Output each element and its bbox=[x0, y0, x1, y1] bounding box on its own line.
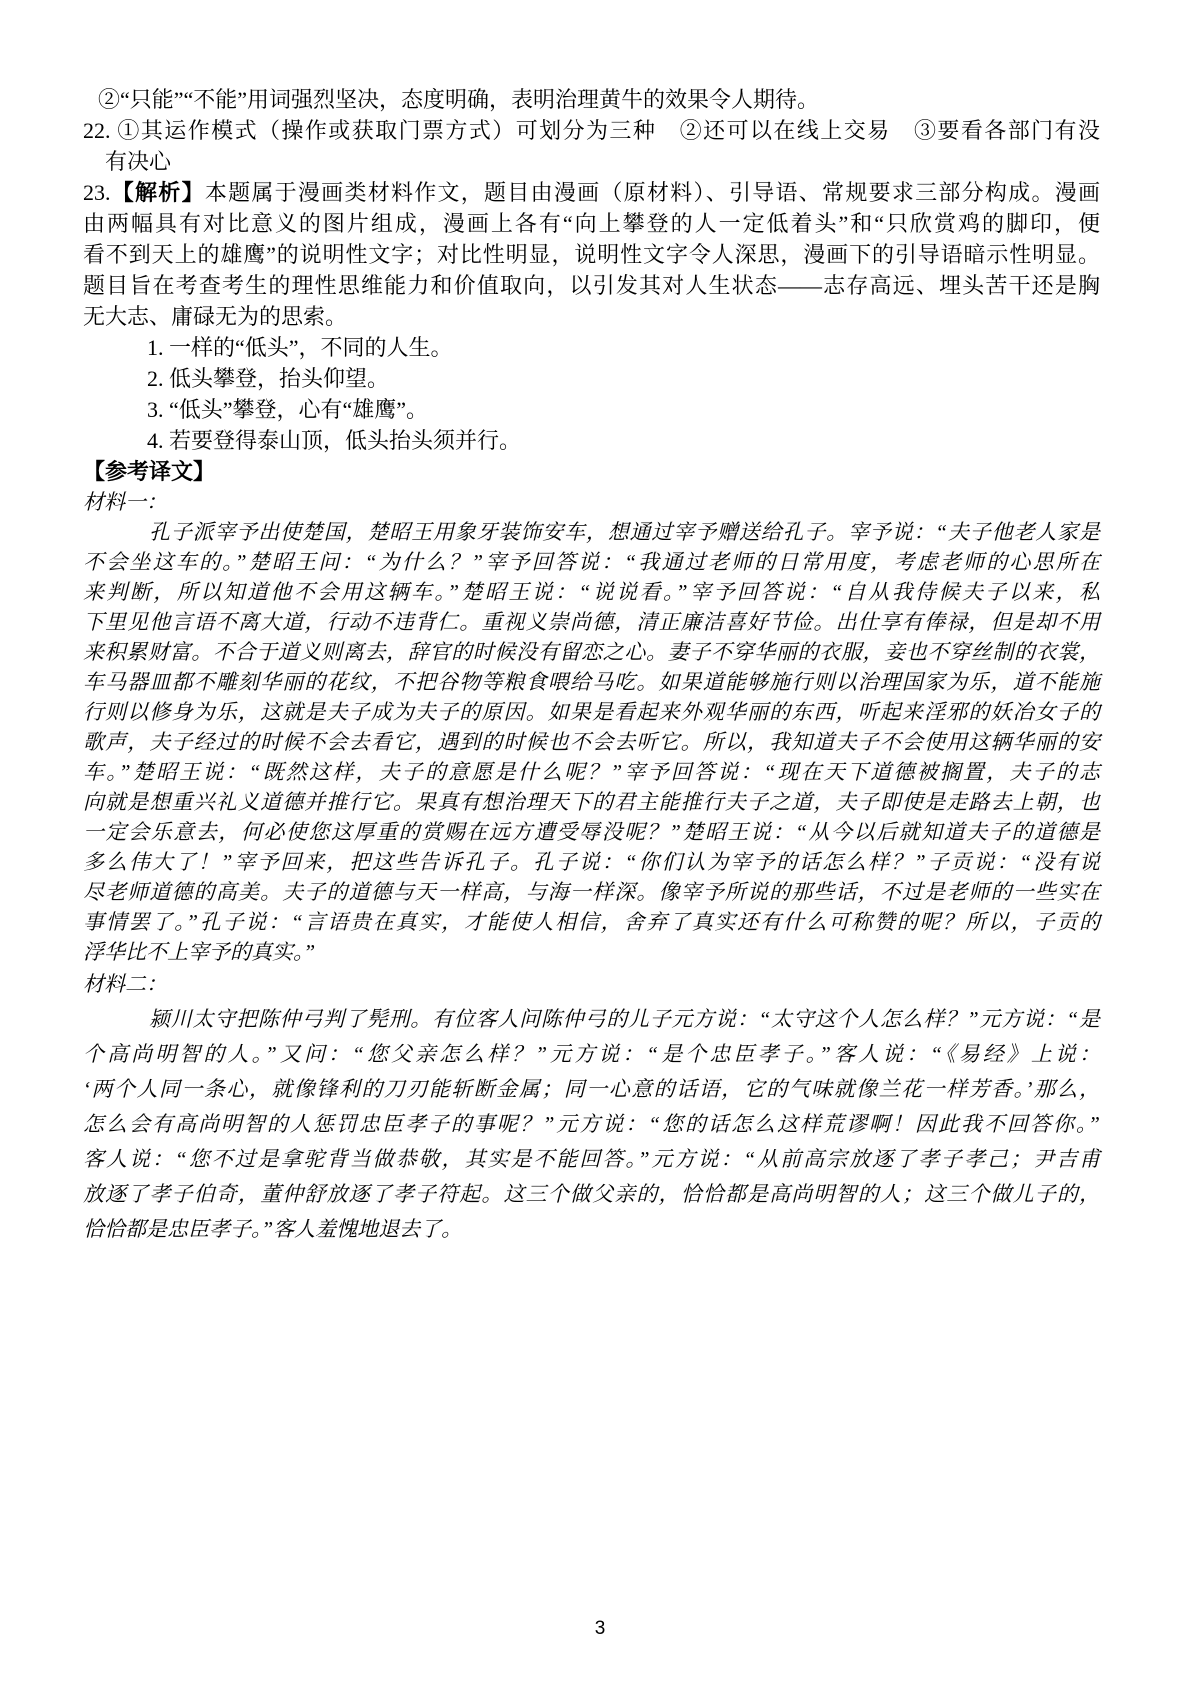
material-1-line: 尽老师道德的高美。夫子的道德与天一样高，与海一样深。像宰予所说的那些话，不过是老… bbox=[83, 877, 1100, 907]
material-2-line: 颍川太守把陈仲弓判了髡刑。有位客人问陈仲弓的儿子元方说：“太守这个人怎么样？”元… bbox=[83, 1002, 1100, 1037]
material-2-line: 个高尚明智的人。”又问：“您父亲怎么样？”元方说：“是个忠臣孝子。”客人说：“《… bbox=[83, 1037, 1100, 1072]
material-1-line: 来判断，所以知道他不会用这辆车。”楚昭王说：“说说看。”宰予回答说：“自从我侍候… bbox=[83, 577, 1100, 607]
material-1-line: 车马器皿都不雕刻华丽的花纹，不把谷物等粮食喂给马吃。如果道能够施行则以治理国家为… bbox=[83, 667, 1100, 697]
translation-material-2: 材料二： 颍川太守把陈仲弓判了髡刑。有位客人问陈仲弓的儿子元方说：“太守这个人怎… bbox=[83, 967, 1100, 1247]
answer-23-line-1: 23.【解析】本题属于漫画类材料作文，题目由漫画（原材料）、引导语、常规要求三部… bbox=[83, 177, 1100, 208]
suggested-title-1: 1. 一样的“低头”，不同的人生。 bbox=[83, 332, 1100, 363]
reference-translation-heading: 【参考译文】 bbox=[83, 456, 1100, 487]
material-1-line: 一定会乐意去，何必使您这厚重的赏赐在远方遭受辱没呢？”楚昭王说：“从今以后就知道… bbox=[83, 817, 1100, 847]
page-number: 3 bbox=[0, 1618, 1200, 1640]
material-1-line: 多么伟大了！”宰予回来，把这些告诉孔子。孔子说：“你们认为宰予的话怎么样？”子贡… bbox=[83, 847, 1100, 877]
document-page: ②“只能”“不能”用词强烈坚决，态度明确，表明治理黄牛的效果令人期待。 22. … bbox=[0, 0, 1200, 1698]
answer-23-line-1-text: 本题属于漫画类材料作文，题目由漫画（原材料）、引导语、常规要求三部分构成。漫画 bbox=[205, 180, 1100, 205]
answer-23-line-2: 由两幅具有对比意义的图片组成，漫画上各有“向上攀登的人一定低着头”和“只欣赏鸡的… bbox=[83, 208, 1100, 239]
translation-material-1: 材料一： 孔子派宰予出使楚国，楚昭王用象牙装饰安车，想通过宰予赠送给孔子。宰予说… bbox=[83, 487, 1100, 967]
material-1-label: 材料一： bbox=[83, 487, 1100, 517]
material-1-line: 车。”楚昭王说：“既然这样，夫子的意愿是什么呢？”宰予回答说：“现在天下道德被搁… bbox=[83, 757, 1100, 787]
material-2-line: 客人说：“您不过是拿驼背当做恭敬，其实是不能回答。”元方说：“从前高宗放逐了孝子… bbox=[83, 1142, 1100, 1177]
material-1-line: 孔子派宰予出使楚国，楚昭王用象牙装饰安车，想通过宰予赠送给孔子。宰予说：“夫子他… bbox=[83, 517, 1100, 547]
answer-23-line-5: 无大志、庸碌无为的思索。 bbox=[83, 301, 1100, 332]
material-1-line: 不会坐这车的。”楚昭王问：“为什么？”宰予回答说：“我通过老师的日常用度，考虑老… bbox=[83, 547, 1100, 577]
page-body: ②“只能”“不能”用词强烈坚决，态度明确，表明治理黄牛的效果令人期待。 22. … bbox=[83, 84, 1100, 1247]
material-1-line: 来积累财富。不合于道义则离去，辞官的时候没有留恋之心。妻子不穿华丽的衣服，妾也不… bbox=[83, 637, 1100, 667]
material-1-line: 下里见他言语不离大道，行动不违背仁。重视义崇尚德，清正廉洁喜好节俭。出仕享有俸禄… bbox=[83, 607, 1100, 637]
answer-23-line-3: 看不到天上的雄鹰”的说明性文字；对比性明显，说明性文字令人深思，漫画下的引导语暗… bbox=[83, 239, 1100, 270]
material-2-line: 怎么会有高尚明智的人惩罚忠臣孝子的事呢？”元方说：“您的话怎么这样荒谬啊！因此我… bbox=[83, 1107, 1100, 1142]
material-2-label: 材料二： bbox=[83, 967, 1100, 1002]
material-1-line: 浮华比不上宰予的真实。” bbox=[83, 937, 1100, 967]
answer-22-line-1: 22. ①其运作模式（操作或获取门票方式）可划分为三种 ②还可以在线上交易 ③要… bbox=[83, 115, 1100, 146]
answer-key-section: ②“只能”“不能”用词强烈坚决，态度明确，表明治理黄牛的效果令人期待。 22. … bbox=[83, 84, 1100, 487]
material-1-line: 向就是想重兴礼义道德并推行它。果真有想治理天下的君主能推行夫子之道，夫子即使是走… bbox=[83, 787, 1100, 817]
material-1-line: 事情罢了。”孔子说：“言语贵在真实，才能使人相信，舍弃了真实还有什么可称赞的呢？… bbox=[83, 907, 1100, 937]
material-1-line: 歌声，夫子经过的时候不会去看它，遇到的时候也不会去听它。所以，我知道夫子不会使用… bbox=[83, 727, 1100, 757]
answer-22-line-2: 有决心 bbox=[83, 146, 1100, 177]
suggested-title-3: 3. “低头”攀登，心有“雄鹰”。 bbox=[83, 394, 1100, 425]
material-2-line: 放逐了孝子伯奇，董仲舒放逐了孝子符起。这三个做父亲的，恰恰都是高尚明智的人；这三… bbox=[83, 1177, 1100, 1212]
suggested-title-4: 4. 若要登得泰山顶，低头抬头须并行。 bbox=[83, 425, 1100, 456]
answer-23-number: 23. bbox=[83, 180, 111, 205]
answer-23-line-4: 题目旨在考查考生的理性思维能力和价值取向，以引发其对人生状态——志存高远、埋头苦… bbox=[83, 270, 1100, 301]
answer-21-continuation-line: ②“只能”“不能”用词强烈坚决，态度明确，表明治理黄牛的效果令人期待。 bbox=[83, 84, 1100, 115]
material-2-line: 恰恰都是忠臣孝子。”客人羞愧地退去了。 bbox=[83, 1212, 1100, 1247]
material-1-line: 行则以修身为乐，这就是夫子成为夫子的原因。如果是看起来外观华丽的东西，听起来淫邪… bbox=[83, 697, 1100, 727]
material-2-line: ‘两个人同一条心，就像锋利的刀刃能斩断金属；同一心意的话语，它的气味就像兰花一样… bbox=[83, 1072, 1100, 1107]
analysis-label: 【解析】 bbox=[111, 180, 205, 205]
suggested-title-2: 2. 低头攀登，抬头仰望。 bbox=[83, 363, 1100, 394]
